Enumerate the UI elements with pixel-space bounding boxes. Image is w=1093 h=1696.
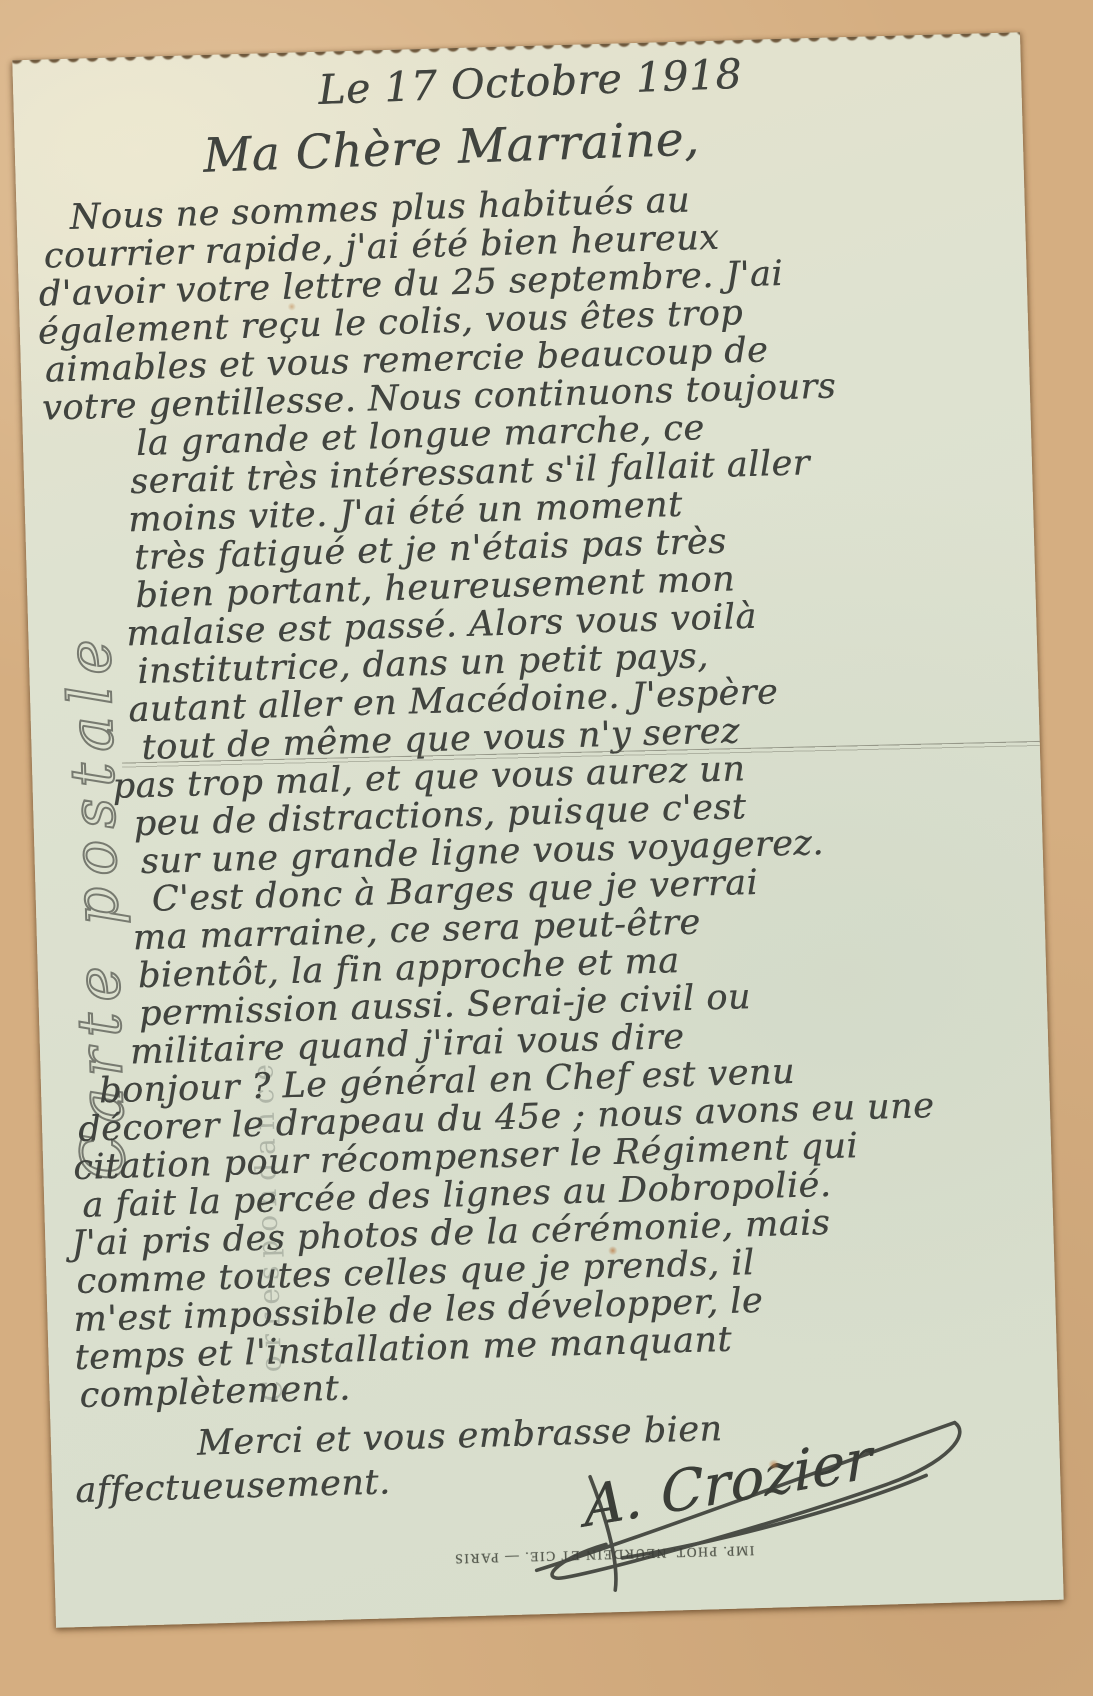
letter-body: Nous ne sommes plus habitués aucourrier … — [34, 172, 1058, 1415]
signature: A. Crozier — [518, 1406, 993, 1604]
salutation: Ma Chère Marraine, — [202, 112, 700, 184]
date-line: Le 17 Octobre 1918 — [317, 50, 742, 114]
postcard: Carte postale Correspondance Le 17 Octob… — [12, 32, 1063, 1628]
album-page-background: Carte postale Correspondance Le 17 Octob… — [0, 0, 1093, 1696]
